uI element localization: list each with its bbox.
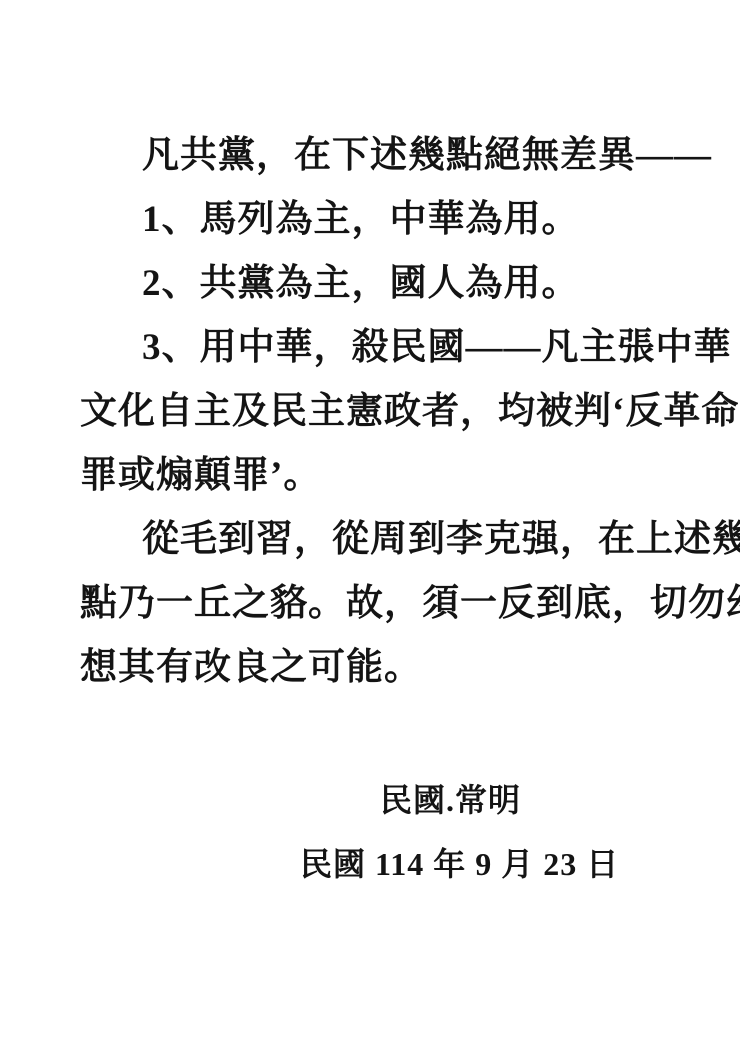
numbered-item-3-line-3: 罪或煽顛罪’。: [80, 444, 700, 508]
closing-paragraph-line-3: 想其有改良之可能。: [80, 636, 700, 700]
document-page: 凡共黨，在下述幾點絕無差異—— 1、馬列為主，中華為用。 2、共黨為主，國人為用…: [0, 0, 740, 1047]
signature-block: 民國.常明 民國 114 年 9 月 23 日: [80, 768, 700, 896]
signature-name: 民國.常明: [380, 768, 700, 832]
numbered-item-3-line-1: 3、用中華，殺民國——凡主張中華: [80, 316, 700, 380]
closing-paragraph-line-1: 從毛到習，從周到李克强，在上述幾: [80, 508, 700, 572]
numbered-item-1: 1、馬列為主，中華為用。: [80, 188, 700, 252]
numbered-item-2: 2、共黨為主，國人為用。: [80, 252, 700, 316]
numbered-item-3-line-2: 文化自主及民主憲政者，均被判‘反革命: [80, 380, 700, 444]
closing-paragraph-line-2: 點乃一丘之貉。故，須一反到底，切勿幻: [80, 572, 700, 636]
signature-date: 民國 114 年 9 月 23 日: [300, 832, 700, 896]
document-body: 凡共黨，在下述幾點絕無差異—— 1、馬列為主，中華為用。 2、共黨為主，國人為用…: [80, 124, 700, 896]
paragraph-line: 凡共黨，在下述幾點絕無差異——: [80, 124, 700, 188]
